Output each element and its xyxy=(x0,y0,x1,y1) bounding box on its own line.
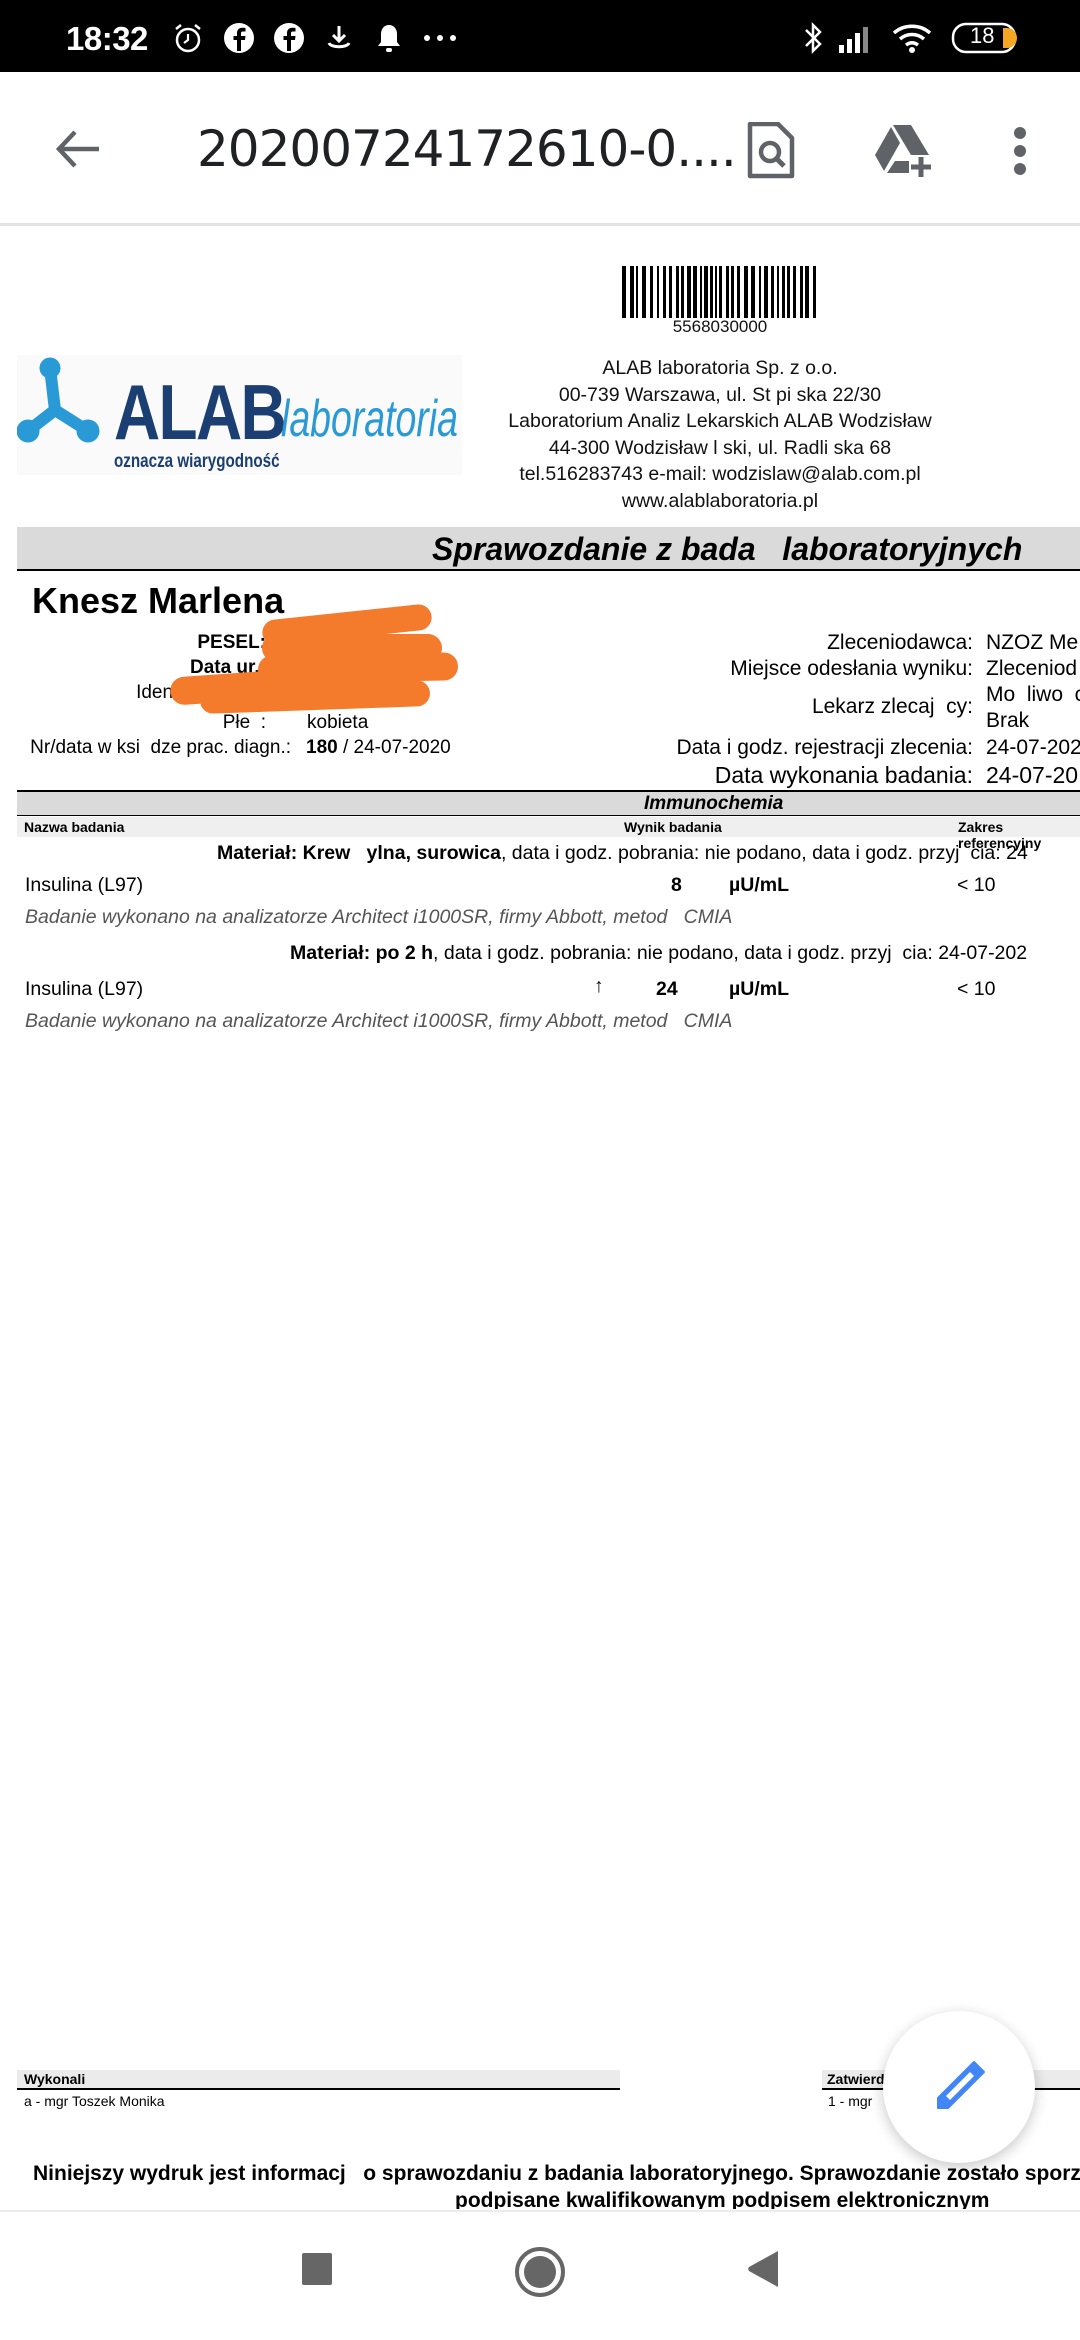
alab-logo: ALAB laboratoria oznacza wiarygodność xyxy=(17,355,462,475)
sex-value: kobieta xyxy=(307,712,368,734)
battery-level: 18 xyxy=(970,23,994,49)
edit-pencil-icon xyxy=(930,2058,988,2116)
test-method-note: Badanie wykonano na analizatorze Archite… xyxy=(25,1010,732,1033)
alarm-icon xyxy=(170,22,206,54)
wifi-icon xyxy=(890,22,934,54)
battery-icon: 18 xyxy=(950,22,1020,54)
column-test-name: Nazwa badania xyxy=(24,819,124,835)
back-button[interactable] xyxy=(40,116,116,182)
home-button[interactable] xyxy=(510,2242,570,2302)
doctor-label: Lekarz zlecaj cy: xyxy=(812,695,973,719)
column-result: Wynik badania xyxy=(624,819,722,835)
more-options-button[interactable] xyxy=(1000,116,1040,186)
lab-info-line: tel.516283743 e-mail: wodzislaw@alab.com… xyxy=(470,461,970,488)
approved-by-value: 1 - mgr xyxy=(828,2093,872,2109)
orderer-value: NZOZ Me xyxy=(986,631,1078,655)
lab-address-block: ALAB laboratoria Sp. z o.o. 00-739 Warsz… xyxy=(470,355,970,514)
recents-square-icon xyxy=(301,2252,333,2286)
material-header: Materiał: Krew ylna, surowica, data i go… xyxy=(217,842,1028,865)
sex-label: Płe : xyxy=(223,712,266,734)
lab-info-line: ALAB laboratoria Sp. z o.o. xyxy=(470,355,970,382)
section-title: Immunochemia xyxy=(644,793,783,815)
download-icon xyxy=(322,22,356,54)
logo-tagline: oznacza wiarygodność xyxy=(114,451,280,473)
material-header: Materiał: po 2 h, data i godz. pobrania:… xyxy=(290,942,1027,965)
edit-fab-button[interactable] xyxy=(883,2011,1035,2163)
lab-info-line: Laboratorium Analiz Lekarskich ALAB Wodz… xyxy=(470,408,970,435)
test-value: 24 xyxy=(656,978,678,1001)
execution-date-label: Data wykonania badania: xyxy=(715,762,973,789)
disclaimer-line-2: podpisane kwalifikowanym podpisem elektr… xyxy=(455,2189,989,2209)
find-in-document-button[interactable] xyxy=(736,116,806,186)
book-number: 180 xyxy=(306,737,338,758)
facebook-icon xyxy=(272,22,306,54)
registration-date-value: 24-07-202 xyxy=(986,736,1080,760)
material-label: Materiał: Krew ylna, surowica xyxy=(217,842,501,864)
test-name: Insulina (L97) xyxy=(25,978,143,1001)
app-bar: 20200724172610-0.... xyxy=(0,72,1080,226)
book-label: Nr/data w ksi dze prac. diagn.: xyxy=(30,737,291,759)
back-nav-button[interactable] xyxy=(736,2242,790,2296)
material-label: Materiał: po 2 h xyxy=(290,942,433,964)
bell-icon xyxy=(372,22,406,54)
facebook-icon xyxy=(222,22,256,54)
result-destination-label: Miejsce odesłania wyniku: xyxy=(730,657,973,681)
logo-brand-suffix: laboratoria xyxy=(281,389,458,449)
material-details: , data i godz. pobrania: nie podano, dat… xyxy=(501,842,1028,864)
book-entry: 180 / 24-07-2020 xyxy=(306,737,451,759)
material-details: , data i godz. pobrania: nie podano, dat… xyxy=(433,942,1027,964)
document-title: 20200724172610-0.... xyxy=(197,120,736,178)
find-in-document-icon xyxy=(746,122,796,180)
test-unit: µU/mL xyxy=(729,874,789,897)
pesel-label: PESEL: xyxy=(197,632,266,654)
patient-name: Knesz Marlena xyxy=(32,580,284,622)
report-title-band: Sprawozdanie z bada laboratoryjnych xyxy=(17,527,1080,571)
test-unit: µU/mL xyxy=(729,978,789,1001)
performed-by-label: Wykonali xyxy=(24,2071,85,2087)
system-navigation-bar xyxy=(0,2210,1080,2340)
lab-info-line: 00-739 Warszawa, ul. St pi ska 22/30 xyxy=(470,382,970,409)
status-time: 18:32 xyxy=(66,20,148,58)
doctor-value: Mo liwo c xyxy=(986,683,1080,707)
results-column-headers: Nazwa badania Wynik badania Zakres refer… xyxy=(17,817,1080,837)
section-header: Immunochemia xyxy=(17,790,1080,816)
test-name: Insulina (L97) xyxy=(25,874,143,897)
test-value: 8 xyxy=(671,874,682,897)
test-method-note: Badanie wykonano na analizatorze Archite… xyxy=(25,906,732,929)
disclaimer-line-1: Niniejszy wydruk jest informacj o sprawo… xyxy=(33,2162,1080,2186)
lab-info-line: www.alablaboratoria.pl xyxy=(470,488,970,515)
back-triangle-icon xyxy=(747,2250,779,2288)
recents-button[interactable] xyxy=(290,2242,344,2296)
lab-info-line: 44-300 Wodzisław l ski, ul. Radli ska 68 xyxy=(470,435,970,462)
add-to-drive-icon xyxy=(873,123,933,179)
bluetooth-icon xyxy=(800,22,826,54)
performed-by-header: Wykonali xyxy=(17,2070,620,2090)
signal-icon xyxy=(836,22,876,54)
doctor-value-2: Brak xyxy=(986,709,1029,733)
home-circle-icon xyxy=(514,2246,566,2298)
barcode xyxy=(620,266,820,318)
more-vert-icon xyxy=(1013,126,1027,176)
alab-logo-mark-icon xyxy=(17,355,101,453)
test-reference: < 10 xyxy=(957,978,996,1001)
barcode-number: 5568030000 xyxy=(620,317,820,337)
logo-brand: ALAB xyxy=(114,367,285,458)
performed-by-value: a - mgr Toszek Monika xyxy=(24,2093,165,2109)
report-title: Sprawozdanie z bada laboratoryjnych xyxy=(432,531,1022,568)
execution-date-value: 24-07-20 xyxy=(986,762,1078,789)
registration-date-label: Data i godz. rejestracji zlecenia: xyxy=(677,736,973,760)
test-reference: < 10 xyxy=(957,874,996,897)
arrow-back-icon xyxy=(53,127,103,171)
add-to-drive-button[interactable] xyxy=(868,116,938,186)
pdf-page[interactable]: 5568030000 ALAB laboratoria oznacza wiar… xyxy=(0,229,1080,2209)
result-destination-value: Zleceniod xyxy=(986,657,1077,681)
orderer-label: Zleceniodawca: xyxy=(827,631,973,655)
high-flag-arrow-icon: ↑ xyxy=(594,975,604,998)
book-date: / 24-07-2020 xyxy=(338,737,451,758)
more-dots-icon xyxy=(420,22,460,54)
status-bar: 18:32 18 xyxy=(0,0,1080,72)
